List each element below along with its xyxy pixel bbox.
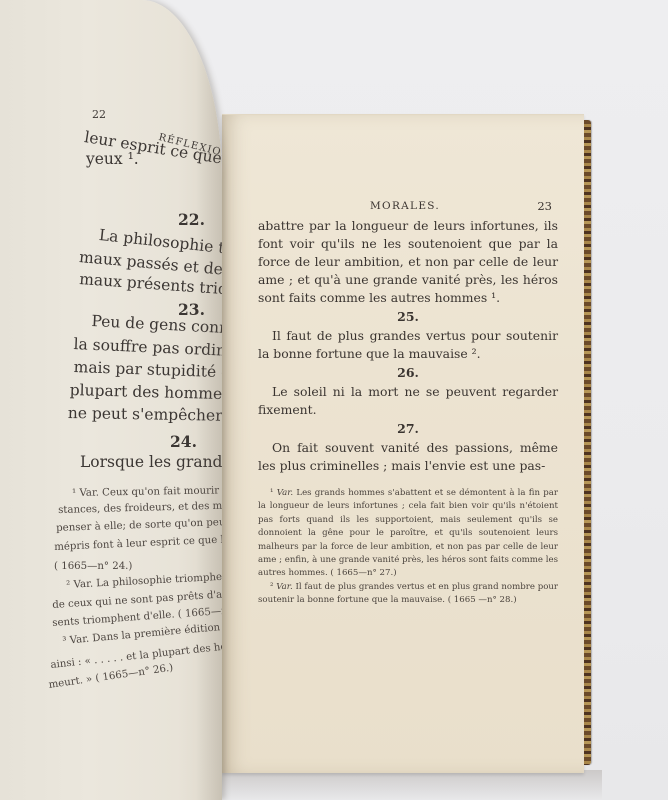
book-shadow [222,770,602,800]
footnote-line: stances, des froideurs, et des mépris de… [58,497,222,516]
maxim-text: Il faut de plus grandes vertus pour sout… [258,327,558,363]
footnote-marker: ¹ [270,488,273,498]
footnote-var: Var. [276,582,292,592]
maxim-number: 27. [258,420,558,438]
footnote-line: ¹ Var. Ceux qu'on fait mourir affectent … [72,483,222,499]
footnote-text: Il faut de plus grandes vertus et en plu… [258,582,558,605]
maxim-text: On fait souvent vanité des passions, mêm… [258,439,558,475]
footnote-var: Var. [277,488,293,498]
gilt-page-edge [584,120,591,765]
maxim-number: 25. [258,308,558,326]
continuation-paragraph: abattre par la longueur de leurs infortu… [258,217,558,307]
right-running-head: MORALES. 23 [258,197,558,217]
footnote: ² Var. Il faut de plus grandes vertus et… [258,581,558,608]
text-line: maux présents triomphent d'elle ². [79,270,222,307]
footnote-text: Les grands hommes s'abattent et se démon… [258,488,558,578]
text-line: Lorsque les grands hommes se laiss [80,453,222,471]
running-head-title: MORALES. [370,197,440,215]
maxim-text: Le soleil ni la mort ne se peuvent regar… [258,383,558,419]
text-line: ne peut s'empêcher de mourir ³. [68,404,222,426]
footnote: ¹ Var. Les grands hommes s'abattent et s… [258,487,558,581]
right-page-text: MORALES. 23 abattre par la longueur de l… [258,203,558,608]
left-page-text: 22 RÉFLEXIONS leur esprit ce que le band… [0,0,222,800]
maxim-number: 22. [178,210,205,229]
maxim-number: 24. [170,432,197,451]
page-number: 23 [537,197,552,215]
text-line: plupart des hommes meurent, parce [70,381,222,406]
page-number: 22 [92,108,106,121]
footnotes: ¹ Var. Les grands hommes s'abattent et s… [258,487,558,608]
text-line: yeux ¹. [86,150,139,168]
footnote-marker: ² [270,582,273,592]
left-page: 22 RÉFLEXIONS leur esprit ce que le band… [0,0,222,800]
maxim-number: 26. [258,364,558,382]
footnote-line: ( 1665—n° 24.) [54,561,132,572]
